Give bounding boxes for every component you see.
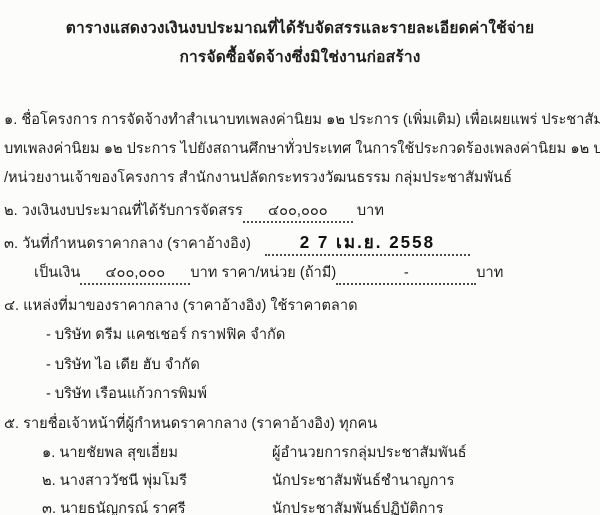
date-stamp: 2 7 เม.ย. 2558 xyxy=(300,233,435,254)
scanned-document-page: ตารางแสดงวงเงินงบประมาณที่ได้รับจัดสรรแล… xyxy=(0,0,600,515)
document-title-line1: ตารางแสดงวงเงินงบประมาณที่ได้รับจัดสรรแล… xyxy=(4,14,596,43)
officer-row: ๓. นายธนัญกรณ์ ราศรี นักประชาสัมพันธ์ปฏิ… xyxy=(4,495,596,515)
officer-name: ๑. นายชัยพล สุขเอี่ยม xyxy=(4,439,272,467)
section5-officer-list: ๑. นายชัยพล สุขเอี่ยม ผู้อำนวยการกลุ่มปร… xyxy=(4,439,596,515)
section2-budget-line: ๒. วงเงินงบประมาณที่ได้รับการจัดสรร๔๐๐,๐… xyxy=(4,197,596,226)
section2-label: ๒. วงเงินงบประมาณที่ได้รับการจัดสรร xyxy=(4,203,243,219)
section3-amount-mid: บาท ราคา/หน่วย (ถ้ามี) xyxy=(190,265,336,281)
section4-source-label: ๔. แหล่งที่มาของราคากลาง (ราคาอ้างอิง) ใ… xyxy=(4,292,596,321)
document-title-line2: การจัดซื้อจัดจ้างซึ่งมิใช่งานก่อสร้าง xyxy=(4,43,596,72)
document-title: ตารางแสดงวงเงินงบประมาณที่ได้รับจัดสรรแล… xyxy=(4,14,596,72)
section3-amount-prefix: เป็นเงิน xyxy=(34,265,80,281)
section3-label: ๓. วันที่กำหนดราคากลาง (ราคาอ้างอิง) xyxy=(4,236,251,252)
officer-name: ๓. นายธนัญกรณ์ ราศรี xyxy=(4,495,272,515)
section3-amount-line: เป็นเงิน๔๐๐,๐๐๐บาท ราคา/หน่วย (ถ้ามี)-บา… xyxy=(4,259,596,288)
section3-amount: ๔๐๐,๐๐๐ xyxy=(80,263,190,285)
officer-name: ๒. นางสาววัชนี พุ่มโมรี xyxy=(4,467,272,495)
section3-per-unit-value: - xyxy=(336,263,476,285)
section1-project-name-line1: ๑. ชื่อโครงการ การจัดจ้างทำสำเนาบทเพลงค่… xyxy=(4,106,596,135)
officer-row: ๑. นายชัยพล สุขเอี่ยม ผู้อำนวยการกลุ่มปร… xyxy=(4,439,596,467)
section1-project-name-line2: บทเพลงค่านิยม ๑๒ ประการ ไปยังสถานศึกษาทั… xyxy=(4,135,596,164)
section2-unit: บาท xyxy=(357,203,384,219)
officer-row: ๒. นางสาววัชนี พุ่มโมรี นักประชาสัมพันธ์… xyxy=(4,467,596,495)
section1-owner-agency: /หน่วยงานเจ้าของโครงการ สำนักงานปลัดกระท… xyxy=(4,164,596,193)
section5-officers-label: ๕. รายชื่อเจ้าหน้าที่ผู้กำหนดราคากลาง (ร… xyxy=(4,410,596,439)
company-item: - บริษัท ไอ เดีย ฮับ จำกัด xyxy=(4,351,596,381)
document-body: ๑. ชื่อโครงการ การจัดจ้างทำสำเนาบทเพลงค่… xyxy=(4,106,596,515)
section3-date-line: ๓. วันที่กำหนดราคากลาง (ราคาอ้างอิง) 2 7… xyxy=(4,230,596,259)
officer-position: นักประชาสัมพันธ์ปฏิบัติการ xyxy=(272,495,444,515)
section3-unit: บาท xyxy=(476,265,503,281)
company-item: - บริษัท เรือนแก้วการพิมพ์ xyxy=(4,380,596,410)
officer-position: ผู้อำนวยการกลุ่มประชาสัมพันธ์ xyxy=(272,439,467,467)
date-stamp-underline: 2 7 เม.ย. 2558 xyxy=(265,233,470,256)
section2-budget-amount: ๔๐๐,๐๐๐ xyxy=(243,201,353,223)
section4-company-list: - บริษัท ดรีม แคชเชอร์ กราฟฟิค จำกัด - บ… xyxy=(4,321,596,410)
company-item: - บริษัท ดรีม แคชเชอร์ กราฟฟิค จำกัด xyxy=(4,321,596,351)
officer-position: นักประชาสัมพันธ์ชำนาญการ xyxy=(272,467,454,495)
